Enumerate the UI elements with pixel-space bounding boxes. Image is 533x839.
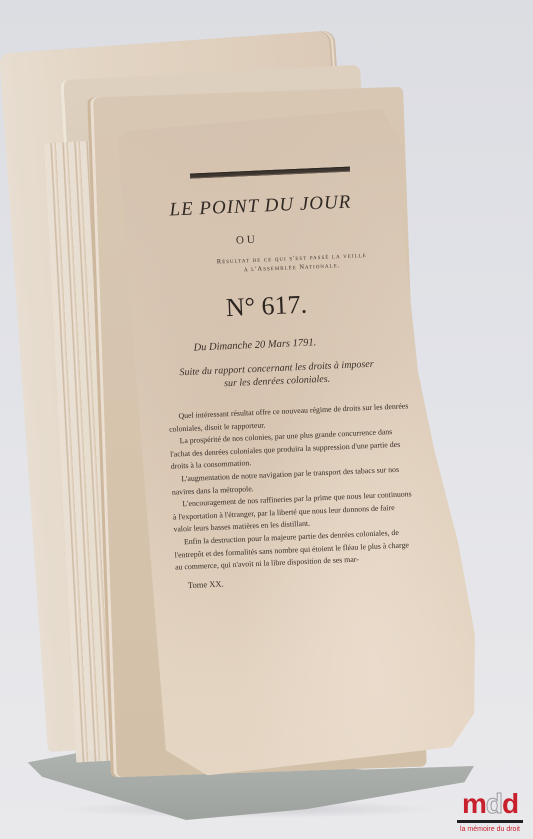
issue-number: N° 617. [225,285,424,324]
newspaper-subtitle: Résultat de ce qui s'est passé la veille… [162,249,423,278]
logo-underline [457,820,523,823]
logo-letter-m: m [462,788,486,819]
logo-letter-d-outline: d [486,788,502,819]
newspaper-title: LE POINT DU JOUR [169,189,420,222]
mdd-logo: mdd la mémoire du droit [455,790,525,833]
article-heading: Suite du rapport concernant les droits à… [176,358,377,393]
article-body: Quel intéressant résultat offre ce nouve… [168,400,415,574]
front-page-text: LE POINT DU JOUR OU Résultat de ce qui s… [158,164,436,591]
logo-letter-d: d [502,788,518,819]
photo-scene: LE POINT DU JOUR OU Résultat de ce qui s… [0,0,533,839]
issue-date: Du Dimanche 20 Mars 1791. [193,332,425,353]
title-conjunction: OU [236,227,421,247]
logo-letters: mdd [455,790,525,818]
logo-tagline: la mémoire du droit [455,826,525,833]
